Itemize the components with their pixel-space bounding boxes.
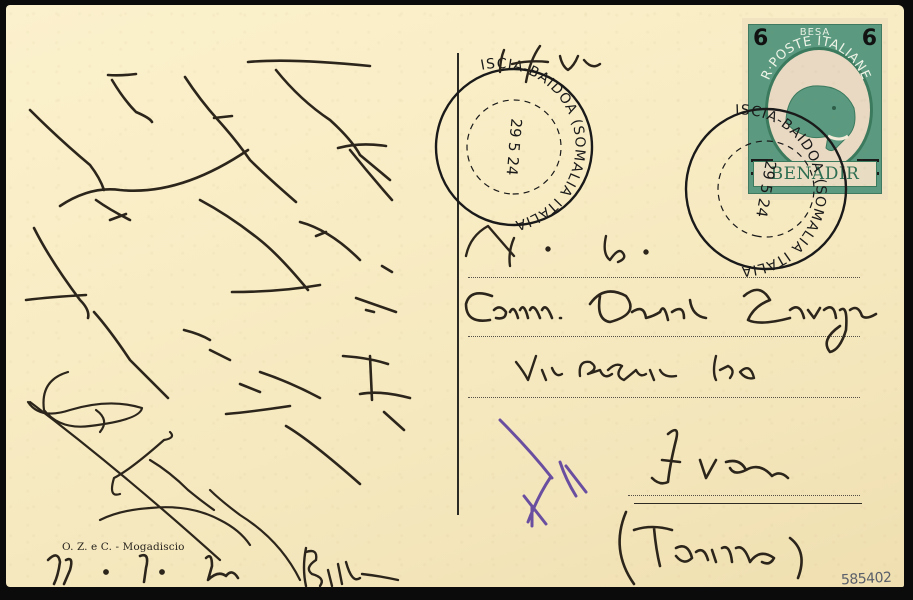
recipient-city <box>652 430 788 483</box>
signature <box>28 372 300 580</box>
recipient-province <box>620 512 802 584</box>
recipient-title <box>466 226 648 266</box>
ink-and-postmarks-layer: ISCIA-BAIDOA (SOMALIA ITALIANA) 29 5 24 … <box>0 0 913 600</box>
svg-text:ISCIA-BAIDOA (SOMALIA ITALIANA: ISCIA-BAIDOA (SOMALIA ITALIANA) <box>705 0 913 315</box>
svg-text:ISCIA-BAIDOA (SOMALIA ITALIANA: ISCIA-BAIDOA (SOMALIA ITALIANA) <box>464 0 717 246</box>
recipient-street <box>516 356 754 380</box>
violet-pencil-mark <box>500 420 586 526</box>
handwritten-message <box>26 61 410 484</box>
handwritten-location-note <box>304 548 398 586</box>
recipient-name <box>466 290 876 352</box>
postmark-right-date: 29 5 24 <box>752 159 780 219</box>
postmark-left: ISCIA-BAIDOA (SOMALIA ITALIANA) 29 5 24 <box>429 0 718 246</box>
postmark-left-date: 29 5 24 <box>503 118 526 177</box>
handwritten-date <box>48 555 238 584</box>
postmark-right: ISCIA-BAIDOA (SOMALIA ITALIANA) 29 5 24 <box>671 0 913 315</box>
